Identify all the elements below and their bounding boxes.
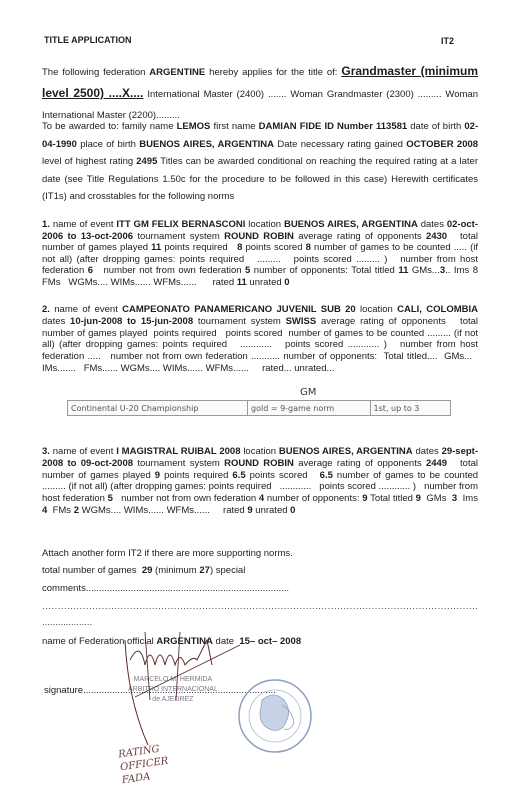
title-application-form: TITLE APPLICATION IT2 The following fede… xyxy=(0,0,520,800)
federation-seal-icon xyxy=(0,0,520,800)
